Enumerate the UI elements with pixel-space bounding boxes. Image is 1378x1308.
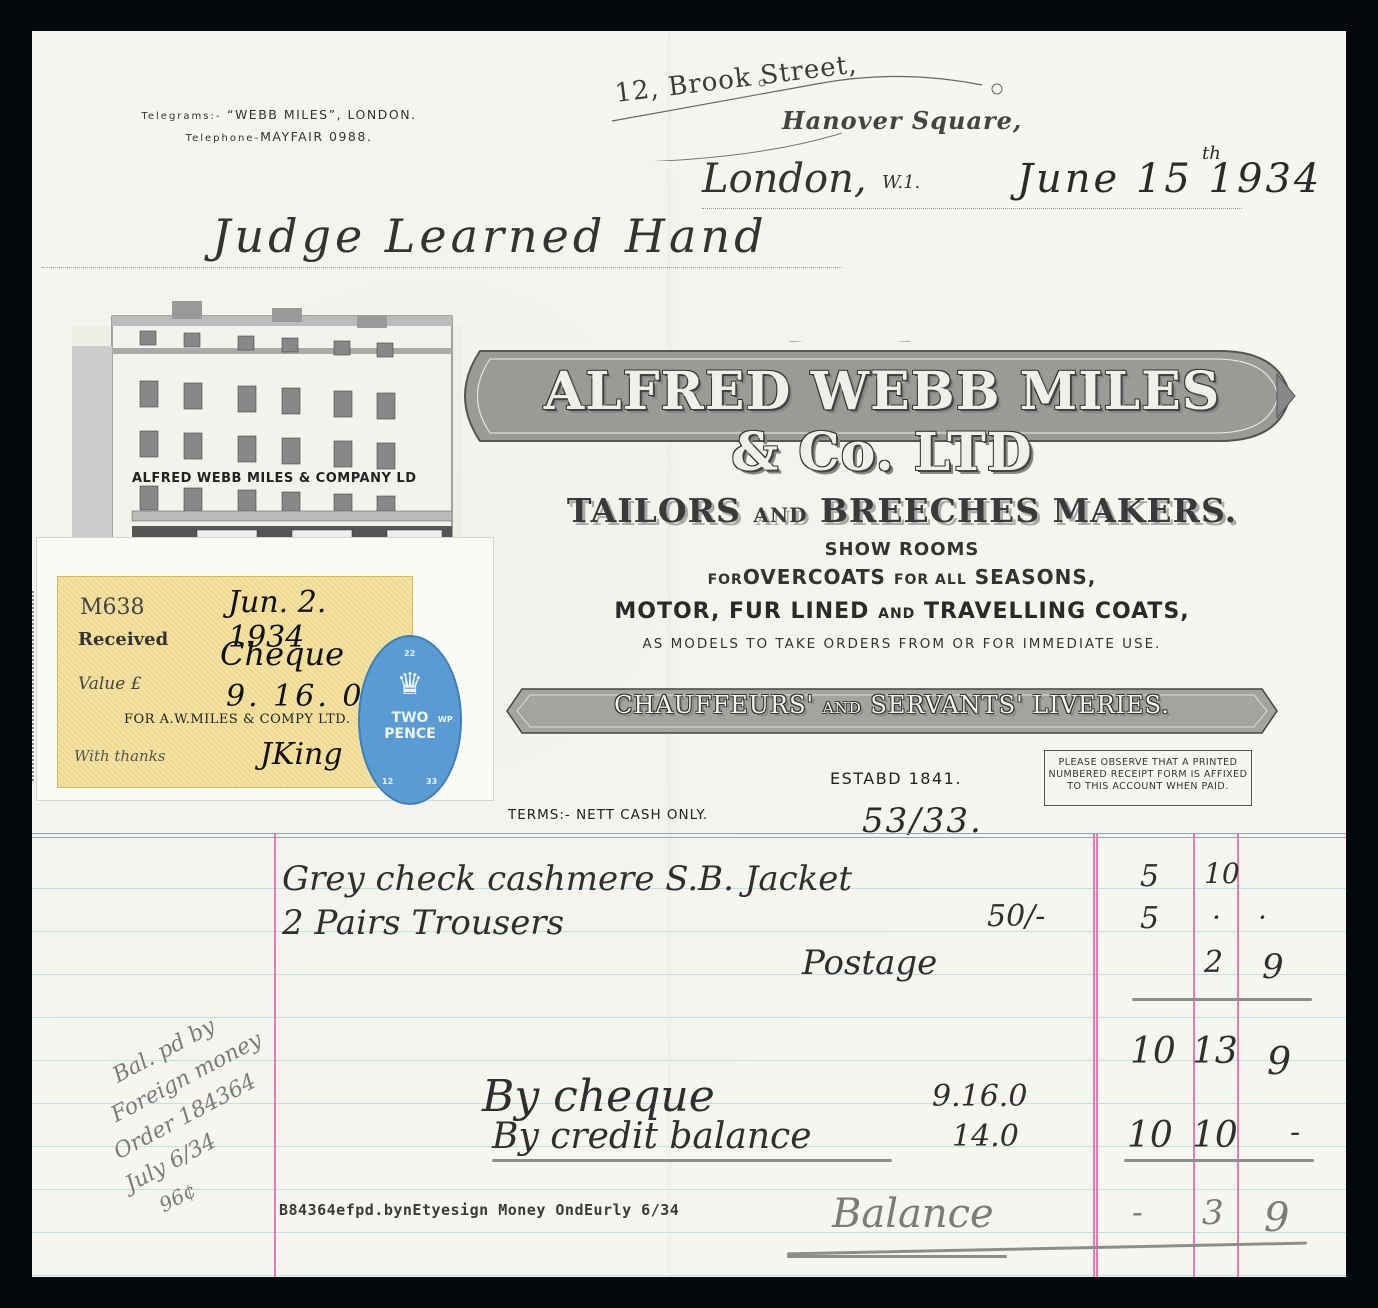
- contact-block: Telegrams:- “WEBB MILES”, LONDON. Teleph…: [104, 105, 454, 149]
- receipt-notice: PLEASE OBSERVE THAT A PRINTED NUMBERED R…: [1044, 750, 1252, 806]
- models-line: AS MODELS TO TAKE ORDERS FROM OR FOR IMM…: [502, 636, 1302, 652]
- ledger-top-rule: [32, 833, 1346, 838]
- payments-total-rule: [1124, 1159, 1314, 1162]
- balance-rule: [787, 1242, 1307, 1256]
- liveries-line: CHAUFFEURS' AND SERVANTS' LIVERIES.: [522, 691, 1262, 719]
- line-item-shillings: 2: [1204, 945, 1223, 980]
- margin-note-line: 96¢: [155, 1178, 200, 1217]
- address-postal: W.1.: [882, 172, 920, 193]
- liveries-servants: SERVANTS' LIVERIES.: [870, 691, 1169, 719]
- line-item-pounds: 5: [1140, 901, 1159, 936]
- line-item-note: 50/-: [987, 899, 1045, 934]
- balance-shillings: 3: [1202, 1193, 1224, 1233]
- crown-icon: ♛: [360, 667, 460, 702]
- building-sign: ALFRED WEBB MILES & COMPANY LD: [132, 471, 417, 486]
- overcoats-mid: FOR ALL: [894, 572, 967, 588]
- telephone-label: Telephone-: [186, 133, 260, 144]
- firm-name: ALFRED WEBB MILES & Co. LTD: [512, 361, 1252, 483]
- balance-pence: 9: [1264, 1195, 1289, 1241]
- payments-total-pounds: 10: [1127, 1115, 1173, 1156]
- line-item-shillings: ·: [1212, 901, 1221, 934]
- line-item-description: Postage: [802, 943, 937, 983]
- overcoats-prefix: FOR: [708, 572, 743, 588]
- motor-and: AND: [878, 606, 915, 622]
- receipt-amount: 9. 16. 0: [226, 679, 365, 714]
- invoice-paper: Telegrams:- “WEBB MILES”, LONDON. Teleph…: [32, 31, 1346, 1277]
- payments-rule: [492, 1159, 892, 1162]
- receipt-method: Cheque: [220, 635, 344, 673]
- payments-total-shillings: 10: [1192, 1115, 1238, 1156]
- telegrams-value: “WEBB MILES”, LONDON.: [227, 107, 417, 122]
- established-year: ESTABD 1841.: [830, 769, 962, 788]
- trade-heading: TAILORS AND BREECHES MAKERS.: [502, 491, 1302, 530]
- margin-pencil-note: Bal. pd by Foreign money Order 184364 Ju…: [50, 938, 348, 1236]
- payment-description: By credit balance: [492, 1116, 812, 1157]
- invoice-date-suffix: th: [1202, 143, 1221, 164]
- overcoats-main: OVERCOATS: [743, 565, 886, 589]
- balance-rule-2: [787, 1255, 1007, 1258]
- receipt-value-label: Value £: [78, 674, 142, 694]
- line-item-pence: ·: [1258, 901, 1267, 934]
- total-pence: 9: [1267, 1039, 1291, 1083]
- receipt-number: M638: [80, 595, 145, 620]
- stamp-value-2: PENCE: [360, 726, 460, 742]
- address-square: Hanover Square,: [782, 106, 1022, 135]
- stamp-mark: 12: [382, 777, 393, 786]
- trade-breeches: BREECHES MAKERS.: [820, 491, 1237, 530]
- overcoats-line: FOROVERCOATS FOR ALL SEASONS,: [502, 565, 1302, 589]
- payment-terms: TERMS:- NETT CASH ONLY.: [508, 807, 708, 823]
- receipt-signature: JKing: [260, 737, 343, 772]
- addressee-line: [42, 267, 842, 268]
- two-pence-duty-stamp: 22 ♛ WP TWO PENCE 12 33: [358, 635, 462, 805]
- liveries-chauffeurs: CHAUFFEURS': [614, 691, 814, 719]
- payment-amount: 14.0: [952, 1119, 1019, 1154]
- liveries-and: AND: [823, 699, 862, 717]
- line-item-description: Grey check cashmere S.B. Jacket: [282, 859, 852, 899]
- receipt-form: M638 Received Value £ FOR A.W.MILES & CO…: [57, 576, 413, 788]
- overcoats-end: SEASONS,: [975, 565, 1097, 589]
- stamp-mark: WP: [438, 715, 453, 724]
- telephone-value: MAYFAIR 0988.: [260, 129, 372, 144]
- payment-description: By cheque: [482, 1071, 715, 1122]
- building-engraving: [72, 286, 462, 541]
- payments-total-pence: -: [1290, 1115, 1300, 1150]
- motor-part-2: TRAVELLING COATS,: [924, 599, 1190, 624]
- addressee: Judge Learned Hand: [212, 209, 768, 263]
- balance-pounds: -: [1132, 1193, 1143, 1231]
- ruled-line: [32, 1275, 1346, 1276]
- trade-tailors: TAILORS: [567, 491, 741, 530]
- total-shillings: 13: [1192, 1031, 1238, 1072]
- line-item-pounds: 5: [1140, 859, 1159, 894]
- receipt-thanks-label: With thanks: [74, 747, 166, 765]
- line-item-description: 2 Pairs Trousers: [282, 903, 564, 943]
- line-item-pence: 9: [1262, 947, 1284, 987]
- telegrams-label: Telegrams:-: [141, 111, 221, 122]
- motor-part-1: MOTOR, FUR LINED: [614, 599, 869, 624]
- typed-payment-note: B84364efpd.bynEtyesign Money OndEurly 6/…: [279, 1201, 679, 1219]
- subtotal-rule: [1132, 998, 1312, 1001]
- address-city: London,: [702, 156, 867, 202]
- line-item-shillings: 10: [1204, 857, 1240, 890]
- ruled-line: [32, 1232, 1346, 1233]
- showrooms: SHOW ROOMS: [502, 539, 1302, 560]
- receipt-for-line: FOR A.W.MILES & COMPY LTD.: [124, 712, 350, 727]
- invoice-date: June 15 1934: [1017, 156, 1322, 202]
- trade-and: AND: [753, 503, 807, 527]
- balance-label: Balance: [832, 1191, 994, 1237]
- stamp-mark: 22: [404, 649, 415, 658]
- receipt-received-label: Received: [78, 629, 168, 650]
- ledger-pounds-rule: [1093, 833, 1095, 1277]
- stamp-mark: 33: [426, 777, 437, 786]
- ledger-pounds-rule-2: [1096, 833, 1098, 1277]
- receipt-stamp: M638 Received Value £ FOR A.W.MILES & CO…: [36, 537, 494, 801]
- motor-line: MOTOR, FUR LINED AND TRAVELLING COATS,: [502, 599, 1302, 624]
- payment-amount: 9.16.0: [932, 1079, 1027, 1114]
- date-line: [702, 208, 1242, 209]
- total-pounds: 10: [1130, 1031, 1176, 1072]
